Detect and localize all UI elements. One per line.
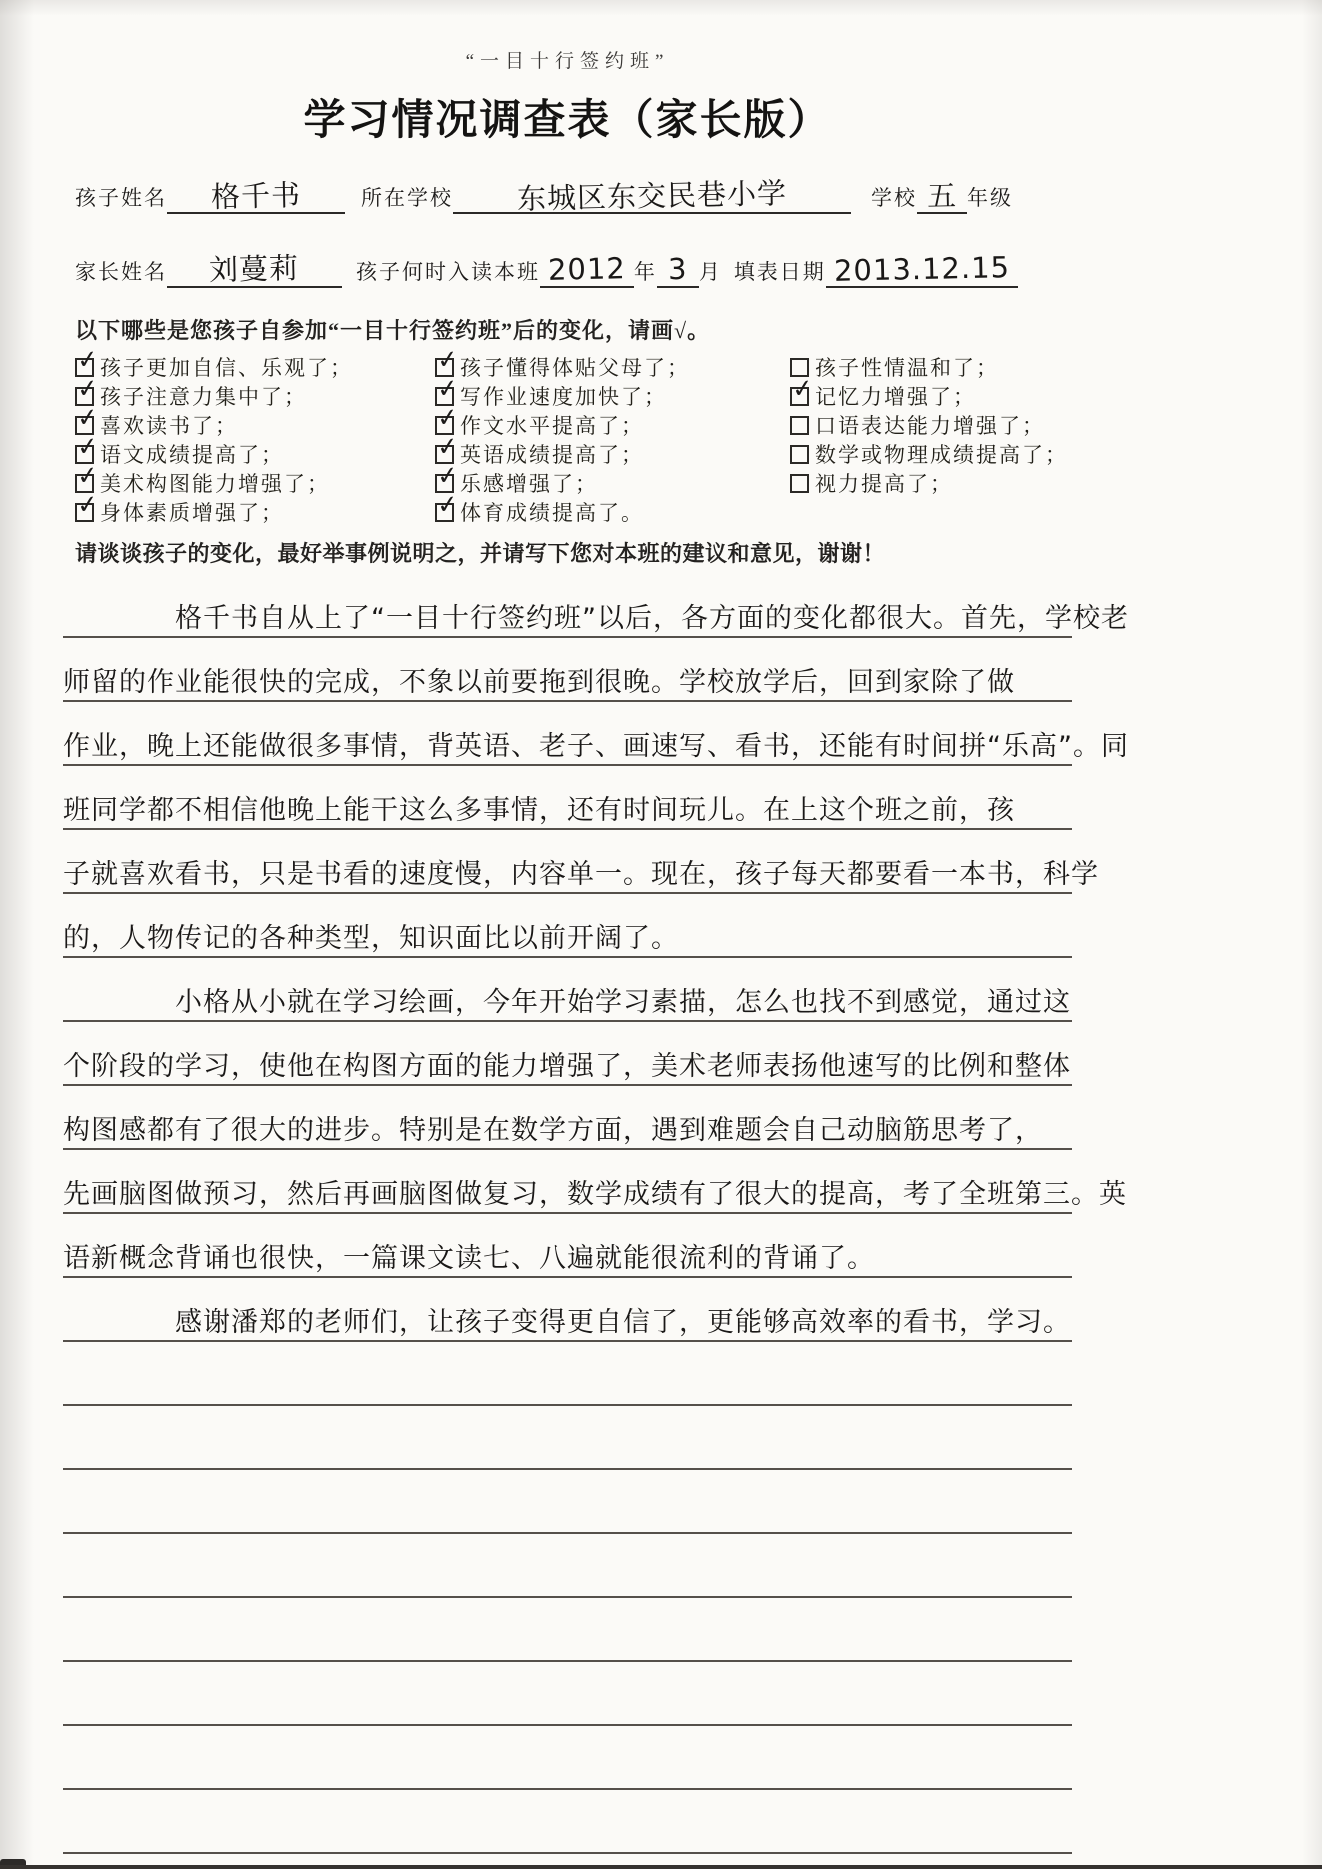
enroll-year-value: 2012 <box>548 254 626 286</box>
checkbox-label: 视力提高了； <box>815 468 953 498</box>
enroll-label: 孩子何时入读本班 <box>356 260 540 288</box>
essay-line: 作业，晚上还能做很多事情，背英语、老子、画速写、看书，还能有时间拼“乐高”。同 <box>63 702 1072 766</box>
essay-text: 语新概念背诵也很快，一篇课文读七、八遍就能很流利的背诵了。 <box>63 1245 875 1276</box>
program-subtitle: “一目十行签约班” <box>63 46 1072 73</box>
parent-name-value: 刘蔓莉 <box>209 253 300 285</box>
essay-line: 构图感都有了很大的进步。特别是在数学方面，遇到难题会自己动脑筋思考了， <box>63 1086 1072 1150</box>
checkbox-label: 数学或物理成绩提高了； <box>815 439 1068 469</box>
checkbox-label: 语文成绩提高了； <box>100 439 284 469</box>
checkmark-icon: ✓ <box>791 375 814 402</box>
essay-text: 班同学都不相信他晚上能干这么多事情，还有时间玩儿。在上这个班之前，孩 <box>63 797 1015 828</box>
ruled-line-empty <box>63 1662 1072 1726</box>
ruled-line-empty <box>63 1598 1072 1662</box>
enroll-year-unit: 年 <box>634 260 657 288</box>
fill-date-label: 填表日期 <box>734 260 826 288</box>
checkbox-item: ✓ 英语成绩提高了； <box>435 440 790 469</box>
checkbox-item: ✓ 作文水平提高了； <box>435 411 790 440</box>
checkmark-icon: ✓ <box>436 433 459 460</box>
essay-text: 感谢潘郑的老师们，让孩子变得更自信了，更能够高效率的看书，学习。 <box>63 1309 1071 1340</box>
grade-value: 五 <box>927 181 958 212</box>
checkbox-label: 口语表达能力增强了； <box>815 410 1045 440</box>
grade-label: 学校 <box>871 186 917 214</box>
checkbox-item: ✓ 身体素质增强了； <box>75 498 435 527</box>
essay-text: 格千书自从上了“一目十行签约班”以后，各方面的变化都很大。首先，学校老 <box>63 605 1129 636</box>
essay-line: 师留的作业能很快的完成，不象以前要拖到很晚。学校放学后，回到家除了做 <box>63 638 1072 702</box>
checkbox-icon: ✓ <box>790 445 809 464</box>
ruled-line-empty <box>63 1406 1072 1470</box>
checkmark-icon: ✓ <box>76 433 99 460</box>
school-value: 东城区东交民巷小学 <box>517 178 788 214</box>
checkmark-icon: ✓ <box>76 404 99 431</box>
essay-section: 格千书自从上了“一目十行签约班”以后，各方面的变化都很大。首先，学校老 师留的作… <box>63 574 1072 1854</box>
form-content: “一目十行签约班” 学习情况调查表（家长版） 孩子姓名 格千书 所在学校 东城区… <box>63 46 1072 1854</box>
essay-prompt: 请谈谈孩子的变化，最好举事例说明之，并请写下您对本班的建议和意见，谢谢！ <box>63 537 1072 568</box>
checkbox-item: ✓ 视力提高了； <box>790 469 1072 498</box>
fill-date-value: 2013.12.15 <box>834 253 1011 287</box>
checkbox-item: ✓ 写作业速度加快了； <box>435 382 790 411</box>
scan-edge <box>0 1865 1322 1869</box>
checkmark-icon: ✓ <box>76 375 99 402</box>
ruled-line-empty <box>63 1726 1072 1790</box>
checkbox-item: ✓ 记忆力增强了； <box>790 382 1072 411</box>
checklist-column-3: ✓ 孩子性情温和了； ✓ 记忆力增强了； ✓ 口语表达能力增强了； ✓ 数学或物… <box>790 353 1072 527</box>
checkbox-label: 记忆力增强了； <box>815 381 976 411</box>
checkmark-icon: ✓ <box>436 375 459 402</box>
child-name-label: 孩子姓名 <box>75 186 167 214</box>
checkbox-icon: ✓ <box>790 387 809 406</box>
essay-line: 感谢潘郑的老师们，让孩子变得更自信了，更能够高效率的看书，学习。 <box>63 1278 1072 1342</box>
ruled-line-empty <box>63 1342 1072 1406</box>
essay-line: 的，人物传记的各种类型，知识面比以前开阔了。 <box>63 894 1072 958</box>
enroll-month-unit: 月 <box>699 260 722 288</box>
grade-suffix: 年级 <box>967 186 1013 214</box>
essay-text: 子就喜欢看书，只是书看的速度慢，内容单一。现在，孩子每天都要看一本书，科学 <box>63 861 1099 892</box>
checkbox-label: 体育成绩提高了。 <box>460 497 644 527</box>
parent-name-field: 刘蔓莉 <box>167 254 342 287</box>
enroll-month-field: 3 <box>657 254 699 287</box>
essay-text: 构图感都有了很大的进步。特别是在数学方面，遇到难题会自己动脑筋思考了， <box>63 1117 1043 1148</box>
checkbox-item: ✓ 孩子性情温和了； <box>790 353 1072 382</box>
parent-name-label: 家长姓名 <box>75 260 167 288</box>
checkbox-label: 孩子注意力集中了； <box>100 381 307 411</box>
checkbox-item: ✓ 数学或物理成绩提高了； <box>790 440 1072 469</box>
essay-line: 班同学都不相信他晚上能干这么多事情，还有时间玩儿。在上这个班之前，孩 <box>63 766 1072 830</box>
checkmark-icon: ✓ <box>76 491 99 518</box>
checkbox-label: 作文水平提高了； <box>460 410 644 440</box>
child-name-field: 格千书 <box>167 181 345 214</box>
checkbox-label: 身体素质增强了； <box>100 497 284 527</box>
fill-date-field: 2013.12.15 <box>826 254 1018 287</box>
checkbox-icon: ✓ <box>435 503 454 522</box>
checkbox-icon: ✓ <box>790 416 809 435</box>
ruled-line-empty <box>63 1534 1072 1598</box>
checkbox-label: 孩子懂得体贴父母了； <box>460 352 690 382</box>
checkbox-item: ✓ 孩子懂得体贴父母了； <box>435 353 790 382</box>
essay-text: 个阶段的学习，使他在构图方面的能力增强了，美术老师表扬他速写的比例和整体 <box>63 1053 1071 1084</box>
form-row-child: 孩子姓名 格千书 所在学校 东城区东交民巷小学 学校 五 年级 <box>63 181 1072 214</box>
child-name-value: 格千书 <box>211 180 302 212</box>
checkmark-icon: ✓ <box>436 491 459 518</box>
essay-text: 师留的作业能很快的完成，不象以前要拖到很晚。学校放学后，回到家除了做 <box>63 669 1015 700</box>
checkbox-item: ✓ 喜欢读书了； <box>75 411 435 440</box>
page-title: 学习情况调查表（家长版） <box>63 87 1072 147</box>
checkbox-item: ✓ 孩子更加自信、乐观了； <box>75 353 435 382</box>
essay-line: 格千书自从上了“一目十行签约班”以后，各方面的变化都很大。首先，学校老 <box>63 574 1072 638</box>
essay-line: 先画脑图做预习，然后再画脑图做复习，数学成绩有了很大的提高，考了全班第三。英 <box>63 1150 1072 1214</box>
checklist-column-1: ✓ 孩子更加自信、乐观了； ✓ 孩子注意力集中了； ✓ 喜欢读书了； ✓ 语文成… <box>75 353 435 527</box>
checkbox-label: 孩子性情温和了； <box>815 352 999 382</box>
checkbox-item: ✓ 体育成绩提高了。 <box>435 498 790 527</box>
form-row-parent: 家长姓名 刘蔓莉 孩子何时入读本班 2012 年 3 月 填表日期 2013.1… <box>63 254 1072 287</box>
essay-line: 小格从小就在学习绘画，今年开始学习素描，怎么也找不到感觉，通过这 <box>63 958 1072 1022</box>
checkbox-item: ✓ 孩子注意力集中了； <box>75 382 435 411</box>
enroll-month-value: 3 <box>668 254 688 285</box>
checkbox-label: 美术构图能力增强了； <box>100 468 330 498</box>
checkmark-icon: ✓ <box>436 404 459 431</box>
school-label: 所在学校 <box>361 186 453 214</box>
checkmark-icon: ✓ <box>76 346 99 373</box>
checkbox-label: 孩子更加自信、乐观了； <box>100 352 353 382</box>
grade-field: 五 <box>917 181 967 214</box>
checkbox-label: 喜欢读书了； <box>100 410 238 440</box>
checkbox-label: 写作业速度加快了； <box>460 381 667 411</box>
scanned-survey-form: “一目十行签约班” 学习情况调查表（家长版） 孩子姓名 格千书 所在学校 东城区… <box>0 0 1322 1869</box>
school-field: 东城区东交民巷小学 <box>453 181 851 214</box>
ruled-line-empty <box>63 1470 1072 1534</box>
checkbox-item: ✓ 口语表达能力增强了； <box>790 411 1072 440</box>
checkbox-icon: ✓ <box>790 474 809 493</box>
checklist: ✓ 孩子更加自信、乐观了； ✓ 孩子注意力集中了； ✓ 喜欢读书了； ✓ 语文成… <box>63 353 1072 527</box>
checkbox-icon: ✓ <box>75 503 94 522</box>
checklist-instruction: 以下哪些是您孩子自参加“一目十行签约班”后的变化，请画√。 <box>63 314 1072 345</box>
essay-text: 作业，晚上还能做很多事情，背英语、老子、画速写、看书，还能有时间拼“乐高”。同 <box>63 733 1129 764</box>
essay-text: 先画脑图做预习，然后再画脑图做复习，数学成绩有了很大的提高，考了全班第三。英 <box>63 1181 1127 1212</box>
essay-line: 子就喜欢看书，只是书看的速度慢，内容单一。现在，孩子每天都要看一本书，科学 <box>63 830 1072 894</box>
essay-line: 个阶段的学习，使他在构图方面的能力增强了，美术老师表扬他速写的比例和整体 <box>63 1022 1072 1086</box>
checkbox-label: 乐感增强了； <box>460 468 598 498</box>
enroll-year-field: 2012 <box>540 254 634 287</box>
essay-text: 的，人物传记的各种类型，知识面比以前开阔了。 <box>63 925 679 956</box>
ruled-line-empty <box>63 1790 1072 1854</box>
checklist-column-2: ✓ 孩子懂得体贴父母了； ✓ 写作业速度加快了； ✓ 作文水平提高了； ✓ 英语… <box>435 353 790 527</box>
essay-text: 小格从小就在学习绘画，今年开始学习素描，怎么也找不到感觉，通过这 <box>63 989 1071 1020</box>
checkbox-item: ✓ 语文成绩提高了； <box>75 440 435 469</box>
checkmark-icon: ✓ <box>436 346 459 373</box>
checkbox-item: ✓ 乐感增强了； <box>435 469 790 498</box>
essay-line: 语新概念背诵也很快，一篇课文读七、八遍就能很流利的背诵了。 <box>63 1214 1072 1278</box>
checkmark-icon: ✓ <box>436 462 459 489</box>
checkmark-icon: ✓ <box>76 462 99 489</box>
checkbox-label: 英语成绩提高了； <box>460 439 644 469</box>
checkbox-item: ✓ 美术构图能力增强了； <box>75 469 435 498</box>
